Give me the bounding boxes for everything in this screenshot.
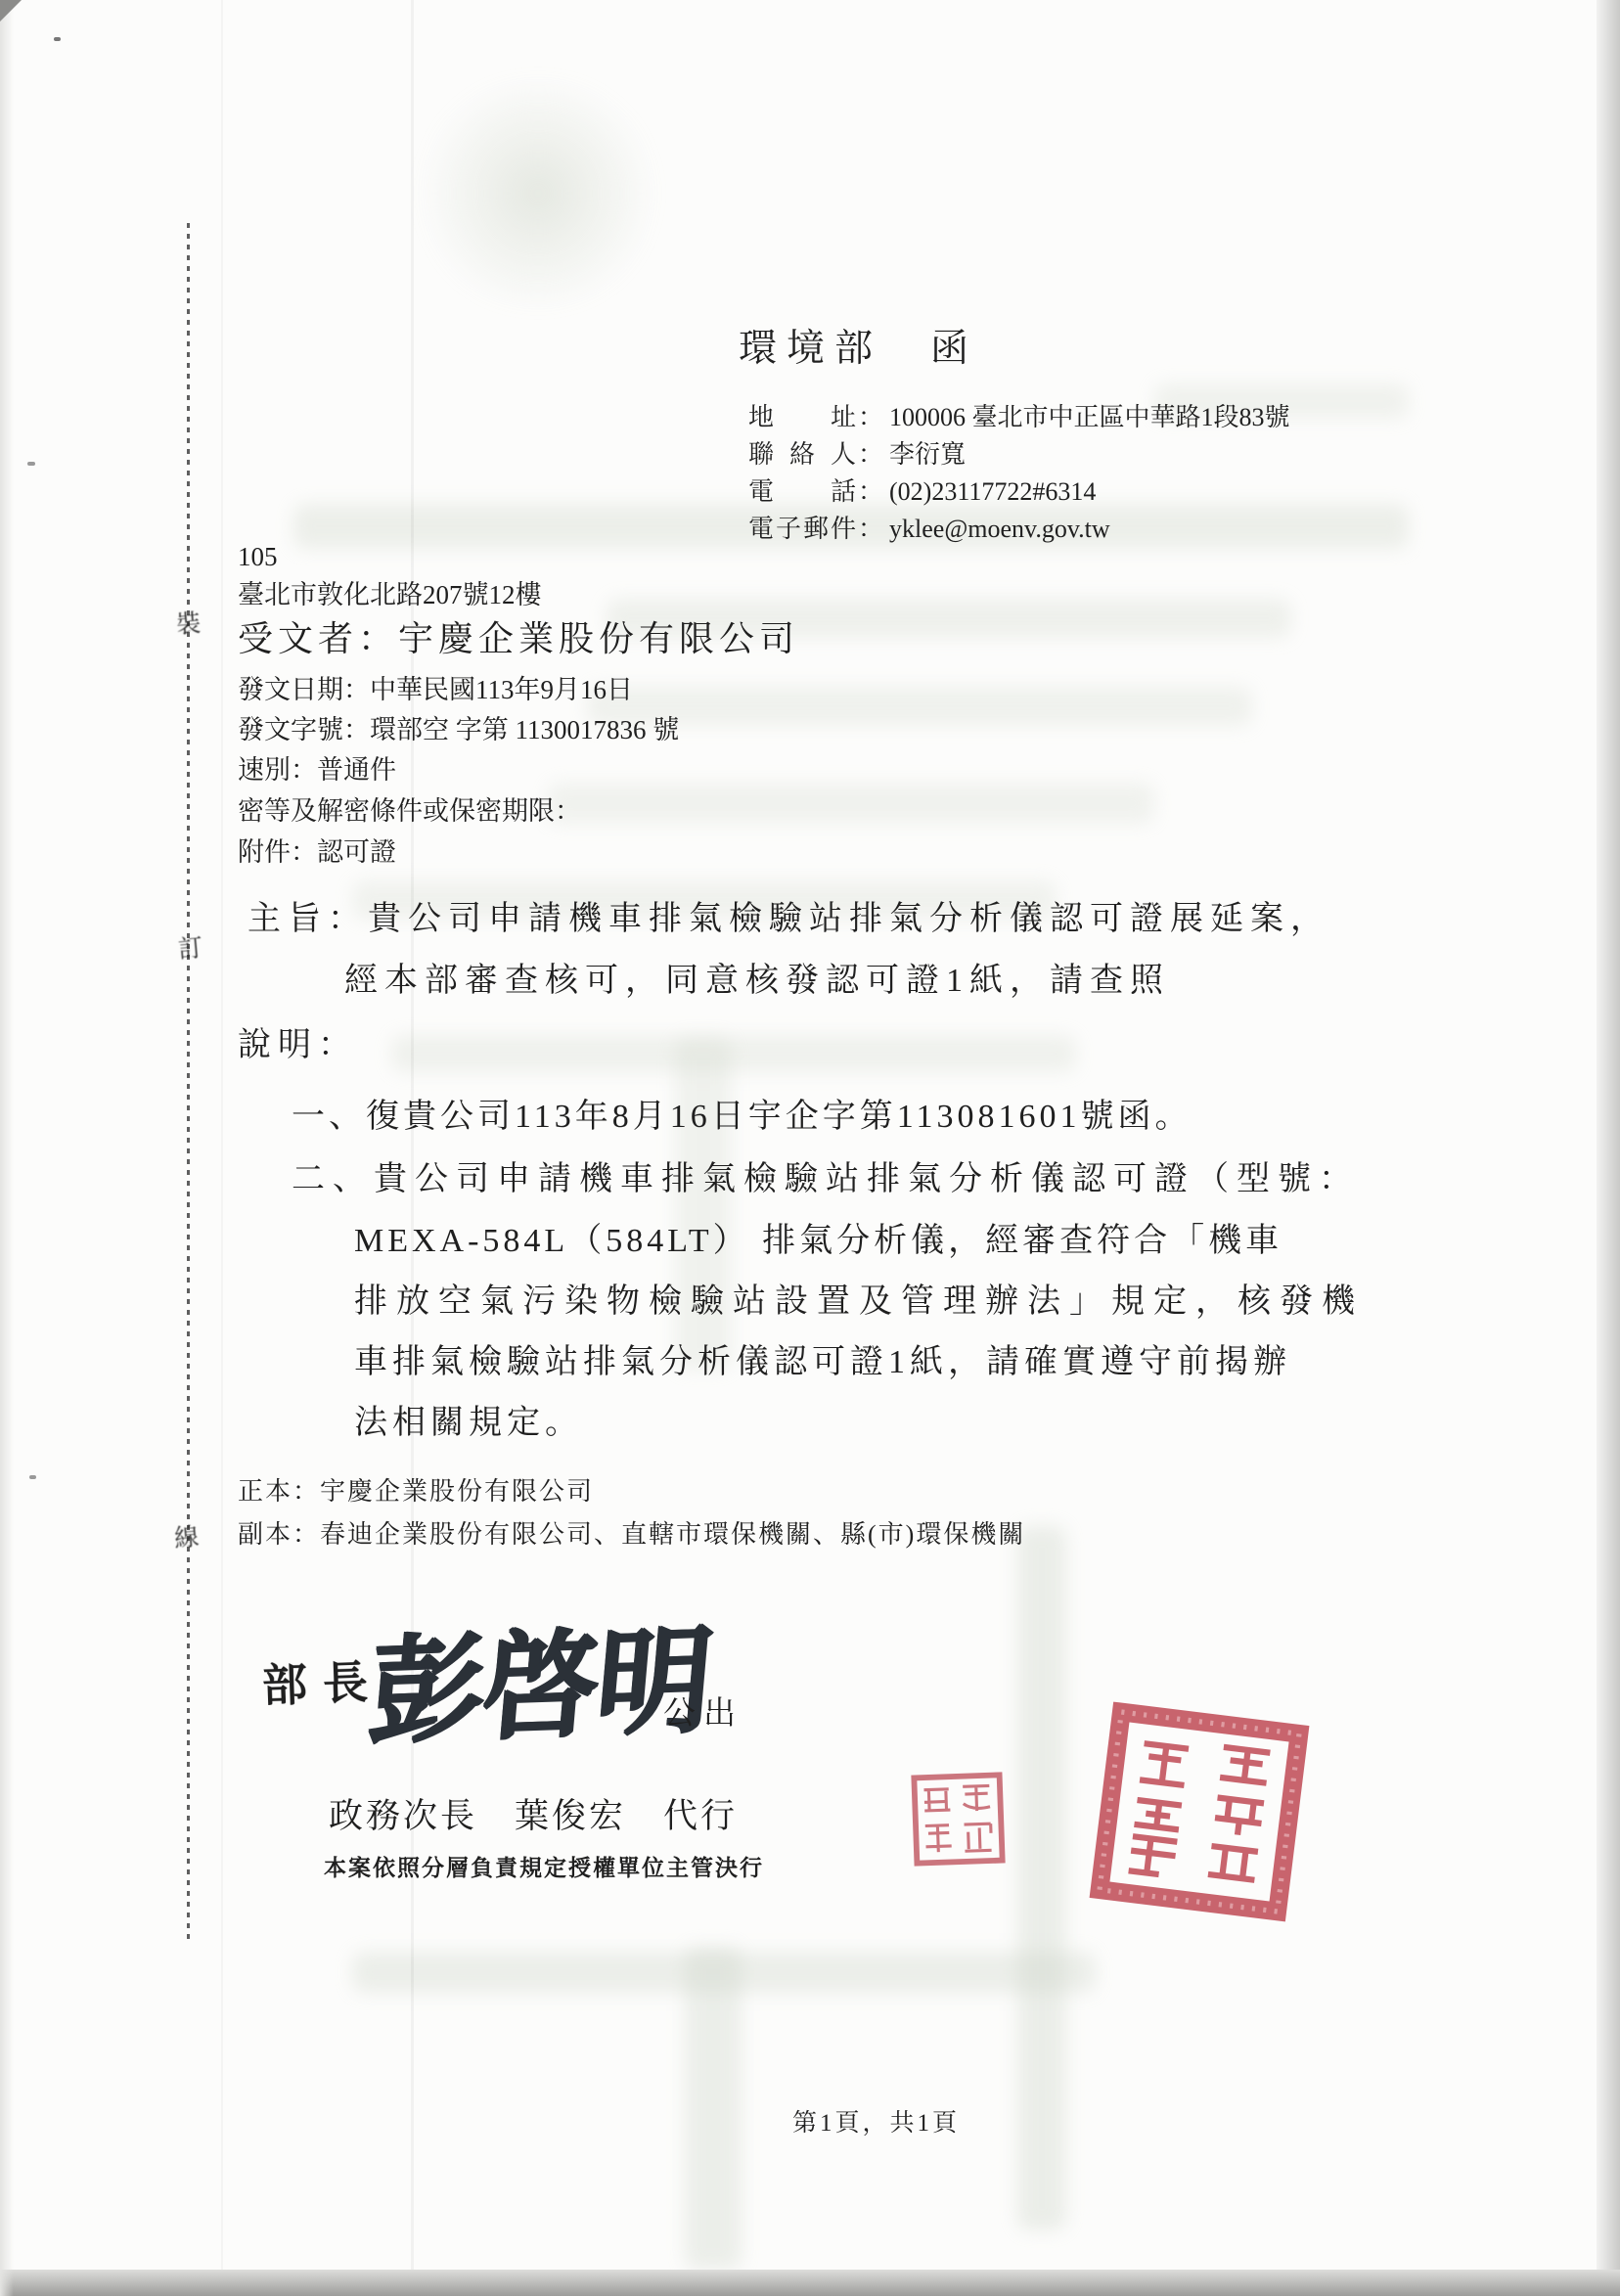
minister-title: 部長 (261, 1655, 384, 1713)
explanation-item-2-line-1: 二、貴公司申請機車排氣檢驗站排氣分析儀認可證（型號： (292, 1160, 1360, 1200)
ghost-text-band (587, 687, 1252, 726)
contact-sep: ： (858, 397, 883, 433)
contact-person-row: 聯絡人：李衍寬 (748, 434, 966, 471)
contact-email-row: 電子郵件：yklee@moenv.gov.tw (748, 509, 1110, 545)
fold-line (411, 0, 414, 2296)
ghost-text-strip (1017, 1526, 1066, 2230)
binding-dotted-line (187, 223, 190, 1943)
speck (54, 37, 61, 41)
recipient-zip: 105 (238, 541, 278, 572)
original-copy-line: 正本：宇慶企業股份有限公司 (238, 1476, 594, 1507)
explanation-heading: 說明： (238, 1026, 358, 1066)
deputy-minister-line: 政務次長 葉俊宏 代行 (329, 1796, 738, 1837)
contact-phone-value: (02)23117722#6314 (889, 477, 1096, 507)
binding-mark-ding: 訂 (176, 928, 203, 966)
attachment-line: 附件：認可證 (238, 836, 396, 868)
page-bottom-edge (0, 2270, 1620, 2296)
subject-line-2: 經本部審查核可，同意核發認可證1紙，請查照 (344, 962, 1170, 1002)
minister-status: 公出 (663, 1695, 743, 1734)
cc-copy-line: 副本：春迪企業股份有限公司、直轄市環保機關、縣(市)環保機關 (238, 1519, 1025, 1550)
contact-address-row: 地址：100006 臺北市中正區中華路1段83號 (748, 397, 1290, 433)
binding-mark-xian: 線 (172, 1517, 200, 1554)
explanation-item-2-line-3: 排放空氣污染物檢驗站設置及管理辦法」規定，核發機 (354, 1283, 1364, 1323)
explanation-item-2-line-2: MEXA-584L（584LT） 排氣分析儀，經審查符合「機車 (354, 1222, 1282, 1262)
ghost-logo-bleed (411, 78, 665, 308)
page-left-edge (0, 0, 14, 2296)
corner-shadow (0, 0, 22, 22)
contact-sep: ： (858, 509, 883, 545)
recipient-line: 受文者：宇慶企業股份有限公司 (238, 618, 799, 660)
ghost-text-band (352, 1952, 1096, 1993)
contact-address-value: 100006 臺北市中正區中華路1段83號 (889, 397, 1290, 433)
scanned-letter-page: 裝 訂 線 環境部 函 地址：100006 臺北市中正區中華路1段83號 聯絡人… (0, 0, 1620, 2296)
issue-date-line: 發文日期：中華民國113年9月16日 (238, 674, 633, 705)
page-number-footer: 第1頁，共1頁 (792, 2109, 960, 2138)
recipient-address: 臺北市敦化北路207號12樓 (238, 579, 542, 610)
issue-number-line: 發文字號：環部空 字第 1130017836 號 (238, 714, 679, 745)
speck (29, 1475, 36, 1479)
contact-phone-label: 電話 (748, 472, 856, 508)
small-red-seal-icon (909, 1770, 1007, 1868)
fold-line (221, 0, 223, 2296)
contact-email-label: 電子郵件 (748, 509, 856, 545)
contact-person-label: 聯絡人 (748, 434, 856, 471)
explanation-item-2-line-4: 車排氣檢驗站排氣分析儀認可證1紙，請確實遵守前揭辦 (354, 1343, 1291, 1383)
ghost-text-strip (685, 1947, 742, 2270)
binding-mark-zhuang: 裝 (174, 604, 202, 641)
minister-signature: 彭啓明 (363, 1587, 718, 1766)
org-title: 環境部 函 (739, 327, 978, 373)
contact-address-label: 地址 (748, 397, 856, 433)
speed-line: 速別：普通件 (238, 754, 396, 786)
subject-line-1: 主旨：貴公司申請機車排氣檢驗站排氣分析儀認可證展延案， (247, 900, 1330, 940)
ghost-text-band (391, 1035, 1076, 1072)
ghost-text-band (548, 783, 1154, 824)
explanation-item-2-line-5: 法相關規定。 (354, 1404, 583, 1444)
large-red-seal-icon (1086, 1698, 1313, 1925)
speck (27, 462, 35, 466)
security-line: 密等及解密條件或保密期限： (238, 795, 581, 827)
contact-sep: ： (858, 434, 883, 471)
explanation-item-1: 一、復貴公司113年8月16日宇企字第113081601號函。 (292, 1098, 1192, 1138)
contact-phone-row: 電話：(02)23117722#6314 (748, 472, 1096, 508)
contact-person-value: 李衍寬 (889, 434, 966, 471)
contact-sep: ： (858, 472, 883, 508)
contact-email-value: yklee@moenv.gov.tw (889, 515, 1110, 544)
authorization-note: 本案依照分層負責規定授權單位主管決行 (324, 1855, 764, 1882)
page-right-edge (1597, 0, 1620, 2296)
